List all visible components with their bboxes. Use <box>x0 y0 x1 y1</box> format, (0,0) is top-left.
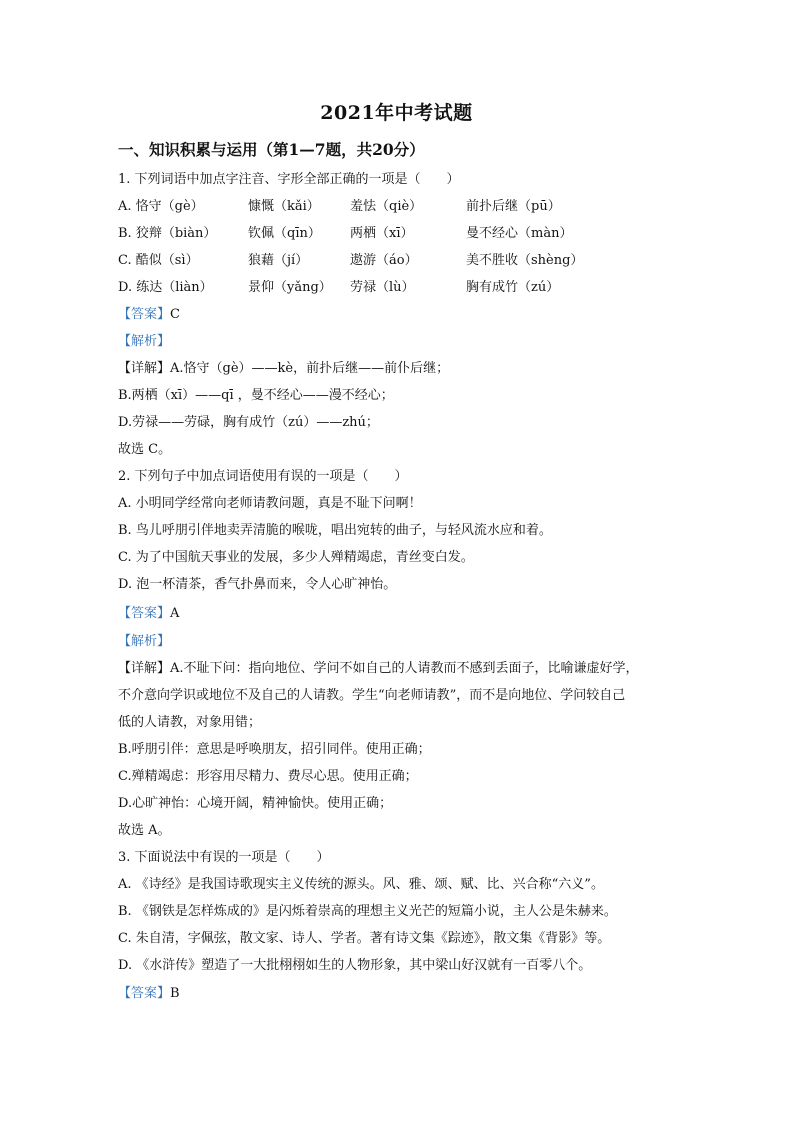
q2-detail-6: D.心旷神怡：心境开阔，精神愉快。使用正确； <box>118 795 392 813</box>
q1-a-4: 前扑后继（pū） <box>466 198 561 216</box>
q1-c-3: 遨游（áo） <box>350 252 418 270</box>
q1-row-b: B. 狡辩（biàn） 钦佩（qīn） 两栖（xī） 曼不经心（màn） <box>118 225 718 243</box>
q1-a-3: 羞怯（qiè） <box>350 198 422 216</box>
q1-detail-1: 【详解】A.恪守（gè）——kè，前扑后继——前仆后继； <box>118 360 449 378</box>
q3-answer: 【答案】B <box>118 985 180 1003</box>
answer-value: B <box>170 986 180 1001</box>
q1-answer: 【答案】C <box>118 306 180 324</box>
q1-c-2: 狼藉（jí） <box>248 252 308 270</box>
q1-a-1: A. 恪守（gè） <box>118 198 204 216</box>
q1-analysis-tag: 【解析】 <box>118 333 170 351</box>
q2-detail-7: 故选 A。 <box>118 822 171 840</box>
q1-b-4: 曼不经心（màn） <box>466 225 572 243</box>
q2-option-a: A. 小明同学经常向老师请教问题，真是不耻下问啊！ <box>118 495 422 513</box>
q1-b-3: 两栖（xī） <box>350 225 414 243</box>
q3-option-a: A. 《诗经》是我国诗歌现实主义传统的源头。风、雅、颂、赋、比、兴合称“六义”。 <box>118 876 604 894</box>
q2-detail-2: 不介意向学识或地位不及自己的人请教。学生“向老师请教”，而不是向地位、学问较自己 <box>118 687 625 705</box>
q1-d-2: 景仰（yǎng） <box>248 279 332 297</box>
q1-d-4: 胸有成竹（zú） <box>466 279 559 297</box>
document-page: 2021年中考试题 一、知识积累与运用（第1—7题，共20分） 1. 下列词语中… <box>0 0 793 1122</box>
answer-tag: 【答案】 <box>118 307 170 322</box>
q1-b-2: 钦佩（qīn） <box>248 225 321 243</box>
q2-answer: 【答案】A <box>118 605 179 623</box>
q2-detail-3: 低的人请教，对象用错； <box>118 714 261 732</box>
section-heading: 一、知识积累与运用（第1—7题，共20分） <box>118 138 425 160</box>
q2-analysis-tag: 【解析】 <box>118 633 170 651</box>
q2-stem: 2. 下列句子中加点词语使用有误的一项是（ ） <box>118 468 408 486</box>
q1-row-c: C. 酷似（sì） 狼藉（jí） 遨游（áo） 美不胜收（shèng） <box>118 252 718 270</box>
q1-a-2: 慷慨（kǎi） <box>248 198 320 216</box>
q1-row-d: D. 练达（liàn） 景仰（yǎng） 劳禄（lù） 胸有成竹（zú） <box>118 279 718 297</box>
q2-option-b: B. 鸟儿呼朋引伴地卖弄清脆的喉咙，唱出宛转的曲子，与轻风流水应和着。 <box>118 522 552 540</box>
q1-d-1: D. 练达（liàn） <box>118 279 213 297</box>
q1-stem: 1. 下列词语中加点字注音、字形全部正确的一项是（ ） <box>118 171 460 189</box>
q2-option-c: C. 为了中国航天事业的发展，多少人殚精竭虑，青丝变白发。 <box>118 549 474 567</box>
q2-detail-5: C.殚精竭虑：形容用尽精力、费尽心思。使用正确； <box>118 768 418 786</box>
q1-c-1: C. 酷似（sì） <box>118 252 199 270</box>
q3-option-c: C. 朱自清，字佩弦，散文家、诗人、学者。著有诗文集《踪迹》，散文集《背影》等。 <box>118 930 610 948</box>
answer-tag: 【答案】 <box>118 986 170 1001</box>
q3-option-b: B. 《钢铁是怎样炼成的》是闪烁着崇高的理想主义光芒的短篇小说，主人公是朱赫来。 <box>118 903 617 921</box>
q1-d-3: 劳禄（lù） <box>350 279 415 297</box>
answer-tag: 【答案】 <box>118 606 170 621</box>
q2-option-d: D. 泡一杯清茶，香气扑鼻而来，令人心旷神怡。 <box>118 576 396 594</box>
q2-detail-4: B.呼朋引伴：意思是呼唤朋友，招引同伴。使用正确； <box>118 741 431 759</box>
q2-detail-1: 【详解】A.不耻下问：指向地位、学问不如自己的人请教而不感到丢面子，比喻谦虚好学… <box>118 660 639 678</box>
q3-option-d: D. 《水浒传》塑造了一大批栩栩如生的人物形象，其中梁山好汉就有一百零八个。 <box>118 957 591 975</box>
q1-row-a: A. 恪守（gè） 慷慨（kǎi） 羞怯（qiè） 前扑后继（pū） <box>118 198 718 216</box>
q1-detail-4: 故选 C。 <box>118 441 171 459</box>
q1-detail-3: D.劳禄——劳碌，胸有成竹（zú）——zhú； <box>118 414 379 432</box>
page-title: 2021年中考试题 <box>0 98 793 125</box>
answer-value: C <box>170 307 180 322</box>
q1-c-4: 美不胜收（shèng） <box>466 252 583 270</box>
q3-stem: 3. 下面说法中有误的一项是（ ） <box>118 849 330 867</box>
q1-detail-2: B.两栖（xī）——qī ，曼不经心——漫不经心； <box>118 387 394 405</box>
q1-b-1: B. 狡辩（biàn） <box>118 225 216 243</box>
answer-value: A <box>170 606 179 621</box>
